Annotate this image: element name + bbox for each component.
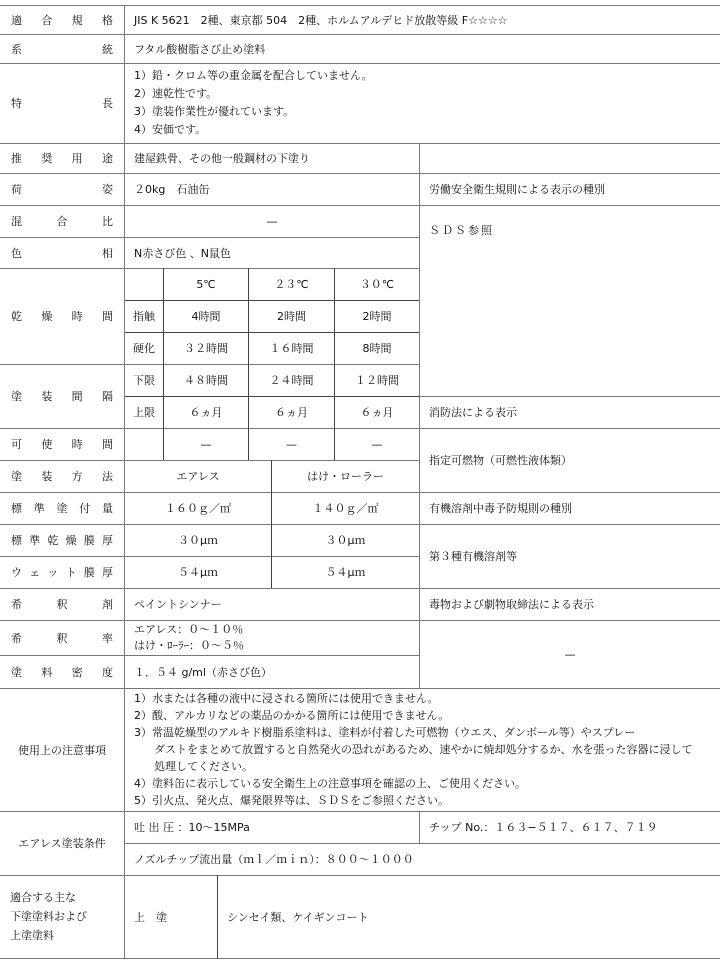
interval-value: ４８時間 bbox=[164, 364, 248, 396]
label-wet-film: ウ ェ ッ ト 膜 厚 bbox=[0, 556, 124, 588]
poison-law-value: — bbox=[420, 620, 720, 688]
label-char: 燥 bbox=[66, 532, 77, 548]
label-char: 間 bbox=[102, 308, 113, 324]
value-density: １．５４ g/ml（赤さび色） bbox=[125, 655, 419, 688]
dilution-list: エアレス：０～１０％ はけ・ﾛｰﾗｰ：０～５％ bbox=[125, 620, 419, 655]
label-char: 密 bbox=[72, 664, 83, 680]
label-char: 合 bbox=[41, 12, 52, 28]
value-usage: 建屋鉄骨、その他一般鋼材の下塗り bbox=[125, 143, 720, 173]
label-char: 間 bbox=[102, 436, 113, 452]
drying-value: １６時間 bbox=[249, 332, 334, 364]
caution-item: 5）引火点、発火点、爆発限界等は、ＳＤＳをご参照ください。 bbox=[134, 792, 449, 809]
label-pot-life: 可 使 時 間 bbox=[0, 428, 124, 460]
pot-life-value: — bbox=[164, 428, 248, 460]
drying-row-name: 指触 bbox=[125, 300, 163, 332]
label-char: 塗 bbox=[57, 500, 68, 516]
poison-law-label: 毒物および劇物取締法による表示 bbox=[420, 588, 720, 620]
label-char: 奨 bbox=[41, 150, 52, 166]
wet-film-airless: ５４μｍ bbox=[125, 556, 271, 588]
label-line: 上塗塗料 bbox=[10, 926, 54, 945]
label-density: 塗 料 密 度 bbox=[0, 655, 124, 688]
label-char: 釈 bbox=[57, 630, 68, 646]
label-char: 膜 bbox=[84, 564, 95, 580]
organic-solvent-label: 有機溶剤中毒予防規則の種別 bbox=[420, 492, 720, 524]
cautions-list: 1）水または各種の液中に浸される箇所には使用できません。 2）酸、アルカリなどの… bbox=[125, 688, 720, 811]
label-char: 荷 bbox=[11, 181, 22, 197]
value-package: ２0kg 石油缶 bbox=[125, 173, 419, 205]
label-char: 塗 bbox=[11, 664, 22, 680]
label-char: 統 bbox=[102, 41, 113, 57]
label-char: 合 bbox=[57, 213, 68, 229]
caution-item: 2）酸、アルカリなどの薬品のかかる箇所には使用できません。 bbox=[134, 707, 449, 724]
dilution-item: エアレス：０～１０％ bbox=[134, 622, 243, 638]
label-char: ウ bbox=[11, 564, 22, 580]
value-standard: JIS K 5621 2種、東京都 504 2種、ホルムアルデヒド放散等級 F☆… bbox=[125, 5, 720, 34]
dry-film-airless: ３０μｍ bbox=[125, 524, 271, 556]
method-brush-roller: はけ・ローラー bbox=[272, 460, 419, 492]
label-usage: 推 奨 用 途 bbox=[0, 143, 124, 173]
features-list: 1）鉛・クロム等の重金属を配合していません。 2）速乾性です。 3）塗装作業性が… bbox=[125, 63, 720, 143]
feature-item: 4）安価です。 bbox=[134, 121, 206, 139]
label-char: 率 bbox=[102, 630, 113, 646]
label-char: 付 bbox=[79, 500, 90, 516]
interval-row-name: 上限 bbox=[125, 396, 163, 428]
label-dry-film: 標 準 乾 燥 膜 厚 bbox=[0, 524, 124, 556]
label-dilution-rate: 希 釈 率 bbox=[0, 620, 124, 655]
method-airless: エアレス bbox=[125, 460, 271, 492]
label-char: 料 bbox=[41, 664, 52, 680]
label-char: 時 bbox=[72, 308, 83, 324]
label-char: 希 bbox=[11, 596, 22, 612]
label-char: 用 bbox=[72, 150, 83, 166]
label-standard: 適 合 規 格 bbox=[0, 5, 124, 34]
dry-film-brush: ３０μｍ bbox=[272, 524, 419, 556]
labor-safety-label: 労働安全衛生規則による表示の種別 bbox=[420, 173, 720, 205]
feature-item: 1）鉛・クロム等の重金属を配合していません。 bbox=[134, 67, 373, 85]
label-char: 剤 bbox=[102, 596, 113, 612]
drying-value: 4時間 bbox=[164, 300, 248, 332]
label-mix-ratio: 混 合 比 bbox=[0, 205, 124, 237]
label-char: 装 bbox=[41, 388, 52, 404]
label-char: 乾 bbox=[11, 308, 22, 324]
label-char: 間 bbox=[72, 388, 83, 404]
label-char: 標 bbox=[11, 532, 22, 548]
label-char: 度 bbox=[102, 664, 113, 680]
airless-pressure: 吐 出 圧 ：10～15MPa bbox=[125, 811, 419, 843]
label-char: 隔 bbox=[102, 388, 113, 404]
label-line: 下塗塗料および bbox=[10, 907, 87, 926]
label-char: ッ bbox=[47, 564, 58, 580]
pot-life-value: — bbox=[335, 428, 419, 460]
caution-item: 1）水または各種の液中に浸される箇所には使用できません。 bbox=[134, 690, 439, 707]
value-type: フタル酸樹脂さび止め塗料 bbox=[125, 34, 720, 63]
airless-flow-rate: ノズルチップ流出量（ｍｌ／ｍｉｎ）：８００～１０００ bbox=[125, 843, 720, 875]
label-char: 乾 bbox=[47, 532, 58, 548]
label-char: 法 bbox=[102, 468, 113, 484]
label-char: 色 bbox=[11, 245, 22, 261]
value-thinner: ペイントシンナー bbox=[125, 588, 419, 620]
label-char: 膜 bbox=[84, 532, 95, 548]
feature-item: 2）速乾性です。 bbox=[134, 85, 217, 103]
label-char: 相 bbox=[102, 245, 113, 261]
label-char: 混 bbox=[11, 213, 22, 229]
label-char: 塗 bbox=[11, 468, 22, 484]
label-char: 準 bbox=[29, 532, 40, 548]
label-char: 方 bbox=[72, 468, 83, 484]
fire-law-label: 消防法による表示 bbox=[420, 396, 720, 428]
caution-item: ダストをまとめて放置すると自然発火の恐れがあるため、速やかに焼却処分するか、水を… bbox=[134, 741, 693, 758]
label-package: 荷 姿 bbox=[0, 173, 124, 205]
label-char: 適 bbox=[11, 12, 22, 28]
drying-value: 2時間 bbox=[335, 300, 419, 332]
product-spec-sheet: 適 合 規 格 JIS K 5621 2種、東京都 504 2種、ホルムアルデヒ… bbox=[0, 0, 720, 966]
label-drying-time: 乾 燥 時 間 bbox=[0, 268, 124, 364]
caution-item: 4）塗料缶に表示している安全衛生上の注意事項を確認の上、ご使用ください。 bbox=[134, 775, 526, 792]
label-char: 特 bbox=[11, 95, 22, 111]
label-char: 燥 bbox=[41, 308, 52, 324]
labor-safety-value: ＳＤＳ参照 bbox=[420, 205, 720, 255]
label-char: 格 bbox=[102, 12, 113, 28]
label-char: 装 bbox=[41, 468, 52, 484]
label-char: 長 bbox=[102, 95, 113, 111]
label-char: 厚 bbox=[102, 564, 113, 580]
pot-life-value: — bbox=[249, 428, 334, 460]
interval-row-name: 下限 bbox=[125, 364, 163, 396]
value-mix-ratio: — bbox=[125, 205, 419, 237]
rule bbox=[0, 958, 720, 959]
label-recoat-interval: 塗 装 間 隔 bbox=[0, 364, 124, 428]
interval-value: ６ヵ月 bbox=[335, 396, 419, 428]
coverage-brush: １４０ｇ／㎡ bbox=[272, 492, 419, 524]
coverage-airless: １６０ｇ／㎡ bbox=[125, 492, 271, 524]
label-char: 可 bbox=[11, 436, 22, 452]
drying-value: ３２時間 bbox=[164, 332, 248, 364]
label-airless-conditions: エアレス塗装条件 bbox=[0, 811, 124, 875]
label-char: ェ bbox=[29, 564, 40, 580]
label-char: 時 bbox=[72, 436, 83, 452]
feature-item: 3）塗装作業性が優れています。 bbox=[134, 103, 294, 121]
wet-film-brush: ５４μｍ bbox=[272, 556, 419, 588]
fire-law-value: 指定可燃物（可燃性液体類） bbox=[420, 428, 720, 492]
label-application-method: 塗 装 方 法 bbox=[0, 460, 124, 492]
interval-value: ６ヵ月 bbox=[164, 396, 248, 428]
label-char: 塗 bbox=[11, 388, 22, 404]
label-char: 標 bbox=[11, 500, 22, 516]
label-char: 希 bbox=[11, 630, 22, 646]
interval-value: ２４時間 bbox=[249, 364, 334, 396]
temp-header: ３０℃ bbox=[335, 268, 419, 300]
topcoat-value: シンセイ類、ケイギンコート bbox=[218, 875, 720, 958]
drying-value: 8時間 bbox=[335, 332, 419, 364]
interval-value: １２時間 bbox=[335, 364, 419, 396]
dilution-item: はけ・ﾛｰﾗｰ：０～５％ bbox=[134, 638, 244, 654]
airless-tip-number: チップ No.：１６３−５１７、６１７、７１９ bbox=[420, 811, 720, 843]
label-color: 色 相 bbox=[0, 237, 124, 268]
label-char: 推 bbox=[11, 150, 22, 166]
label-char: 準 bbox=[34, 500, 45, 516]
drying-value: 2時間 bbox=[249, 300, 334, 332]
label-cautions: 使用上の注意事項 bbox=[0, 688, 124, 811]
label-line: 適合する主な bbox=[10, 888, 76, 907]
value-color: N赤さび色 、N鼠色 bbox=[125, 237, 419, 268]
label-char: 途 bbox=[102, 150, 113, 166]
topcoat-label: 上 塗 bbox=[125, 875, 217, 958]
caution-item: 3）常温乾燥型のアルキド樹脂系塗料は、塗料が付着した可燃物（ウエス、ダンボール等… bbox=[134, 724, 635, 741]
label-char: 比 bbox=[102, 213, 113, 229]
caution-item: 処理してください。 bbox=[134, 758, 253, 775]
label-compatible-paints: 適合する主な 下塗塗料および 上塗塗料 bbox=[0, 875, 124, 958]
temp-header: 5℃ bbox=[164, 268, 248, 300]
label-char: 系 bbox=[11, 41, 22, 57]
temp-header: ２３℃ bbox=[249, 268, 334, 300]
label-thinner: 希 釈 剤 bbox=[0, 588, 124, 620]
label-char: 釈 bbox=[57, 596, 68, 612]
organic-solvent-value: 第３種有機溶剤等 bbox=[420, 524, 720, 588]
label-char: ト bbox=[66, 564, 77, 580]
label-features: 特 長 bbox=[0, 63, 124, 143]
label-coverage: 標 準 塗 付 量 bbox=[0, 492, 124, 524]
label-char: 使 bbox=[41, 436, 52, 452]
label-char: 規 bbox=[72, 12, 83, 28]
label-type: 系 統 bbox=[0, 34, 124, 63]
label-char: 量 bbox=[102, 500, 113, 516]
label-char: 厚 bbox=[102, 532, 113, 548]
drying-row-name: 硬化 bbox=[125, 332, 163, 364]
label-char: 姿 bbox=[102, 181, 113, 197]
interval-value: ６ヵ月 bbox=[249, 396, 334, 428]
